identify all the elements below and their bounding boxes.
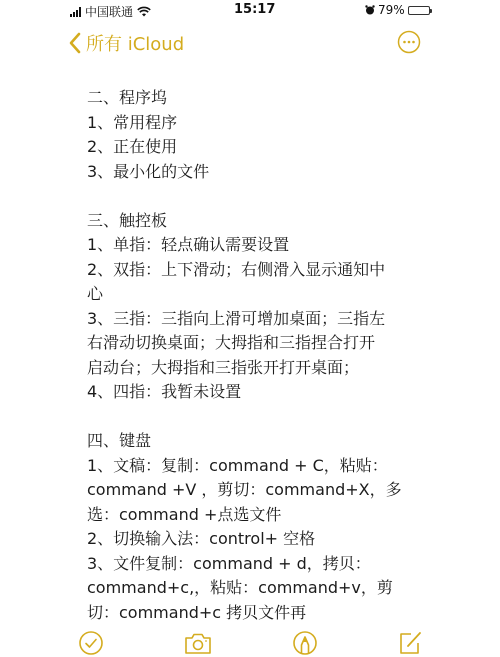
note-line: 心 [87,282,427,307]
note-line: 四、键盘 [87,429,427,454]
checkmark-circle-icon[interactable] [78,630,104,656]
note-line: 启动台；大拇指和三指张开打开桌面； [87,356,427,381]
note-line: 1、常用程序 [87,111,427,136]
note-line: 3、文件复制：command + d，拷贝： [87,552,427,577]
note-line: 三、触控板 [87,209,427,234]
battery-icon [408,6,430,15]
note-body[interactable]: 二、程序坞1、常用程序2、正在使用3、最小化的文件三、触控板1、单指：轻点确认需… [87,86,427,625]
note-line: 3、三指：三指向上滑可增加桌面；三指左 [87,307,427,332]
wifi-icon [137,6,151,17]
camera-icon[interactable] [184,630,212,656]
note-line: 切：command+c 拷贝文件再 [87,601,427,626]
status-left: 中国联通 [70,3,151,20]
note-line: 2、正在使用 [87,135,427,160]
note-line: command +V ，剪切：command+X，多 [87,478,427,503]
chevron-left-icon [68,32,82,54]
note-line: 选：command +点选文件 [87,503,427,528]
note-line: 4、四指：我暂未设置 [87,380,427,405]
note-line [87,184,427,209]
clock: 15:17 [234,2,275,17]
status-bar: 中国联通 15:17 79% [0,0,500,22]
note-line: 右滑动切换桌面；大拇指和三指捏合打开 [87,331,427,356]
carrier-label: 中国联通 [85,3,133,20]
note-line: 2、双指：上下滑动；右侧滑入显示通知中 [87,258,427,283]
note-line: 1、单指：轻点确认需要设置 [87,233,427,258]
more-ellipsis-icon[interactable] [397,30,421,54]
back-label: 所有 iCloud [86,30,184,56]
nav-bar: 所有 iCloud [0,26,500,60]
battery-percent: 79% [378,3,405,17]
signal-icon [70,7,81,17]
note-line [87,405,427,430]
note-line: 二、程序坞 [87,86,427,111]
back-button[interactable]: 所有 iCloud [68,30,184,56]
note-line: 1、文稿：复制：command + C，粘贴： [87,454,427,479]
markup-pen-icon[interactable] [292,630,318,656]
status-right: 79% [365,3,430,17]
compose-icon[interactable] [397,630,423,656]
note-line: 2、切换输入法：control+ 空格 [87,527,427,552]
note-line: command+c,，粘贴：command+v，剪 [87,576,427,601]
alarm-icon [365,5,375,15]
note-line: 3、最小化的文件 [87,160,427,185]
bottom-toolbar [0,630,500,657]
